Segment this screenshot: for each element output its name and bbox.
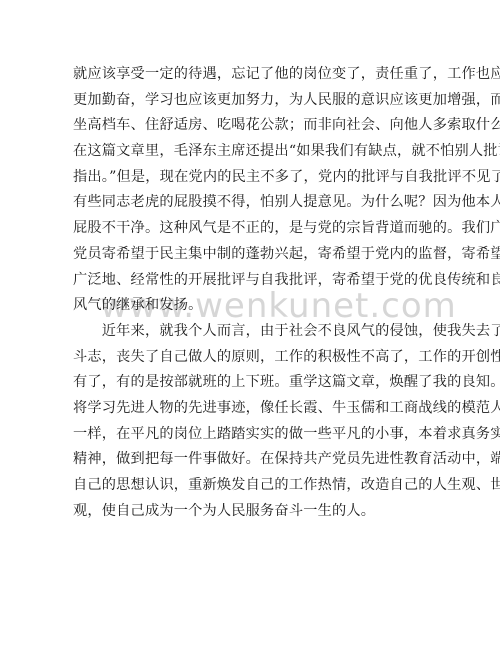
paragraph-1: 就应该享受一定的待遇，忘记了他的岗位变了，责任重了，工作也应该 更加勤奋，学习也…	[73, 62, 429, 319]
text-line: 就应该享受一定的待遇，忘记了他的岗位变了，责任重了，工作也应该	[73, 62, 429, 88]
text-line: 广泛地、经常性的开展批评与自我批评，寄希望于党的优良传统和良好	[73, 268, 429, 294]
text-line: 精神，做到把每一件事做好。在保持共产党员先进性教育活动中，端正	[73, 447, 429, 473]
text-line: 观，使自己成为一个为人民服务奋斗一生的人。	[73, 499, 429, 525]
document-page: www.wenkunet.com 就应该享受一定的待遇，忘记了他的岗位变了，责任…	[0, 0, 500, 647]
paragraph-2: 近年来，就我个人而言，由于社会不良风气的侵蚀，使我失去了 斗志，丧失了自己做人的…	[73, 319, 429, 525]
document-body: 就应该享受一定的待遇，忘记了他的岗位变了，责任重了，工作也应该 更加勤奋，学习也…	[73, 62, 429, 524]
text-line: 风气的继承和发扬。	[73, 293, 429, 319]
text-line: 有些同志老虎的屁股摸不得，怕别人提意见。为什么呢？因为他本人的	[73, 190, 429, 216]
text-line: 将学习先进人物的先进事迹，像任长霞、牛玉儒和工商战线的模范人物	[73, 396, 429, 422]
text-line: 指出。”但是，现在党内的民主不多了，党内的批评与自我批评不见了，	[73, 165, 429, 191]
text-line: 更加勤奋，学习也应该更加努力，为人民服的意识应该更加增强，而非	[73, 88, 429, 114]
text-line: 坐高档车、住舒适房、吃喝花公款；而非向社会、向他人多索取什么。	[73, 113, 429, 139]
text-line: 斗志，丧失了自己做人的原则，工作的积极性不高了，工作的开创性没	[73, 345, 429, 371]
text-line: 在这篇文章里，毛泽东主席还提出“如果我们有缺点，就不怕别人批评	[73, 139, 429, 165]
text-line: 党员寄希望于民主集中制的蓬勃兴起，寄希望于党内的监督，寄希望于	[73, 242, 429, 268]
text-line: 一样，在平凡的岗位上踏踏实实的做一些平凡的小事，本着求真务实的	[73, 422, 429, 448]
text-line: 屁股不干净。这种风气是不正的，是与党的宗旨背道而驰的。我们广大	[73, 216, 429, 242]
text-line: 自己的思想认识，重新焕发自己的工作热情，改造自己的人生观、世界	[73, 473, 429, 499]
text-line: 近年来，就我个人而言，由于社会不良风气的侵蚀，使我失去了	[73, 319, 429, 345]
text-line: 有了，有的是按部就班的上下班。重学这篇文章，焕醒了我的良知。我	[73, 370, 429, 396]
